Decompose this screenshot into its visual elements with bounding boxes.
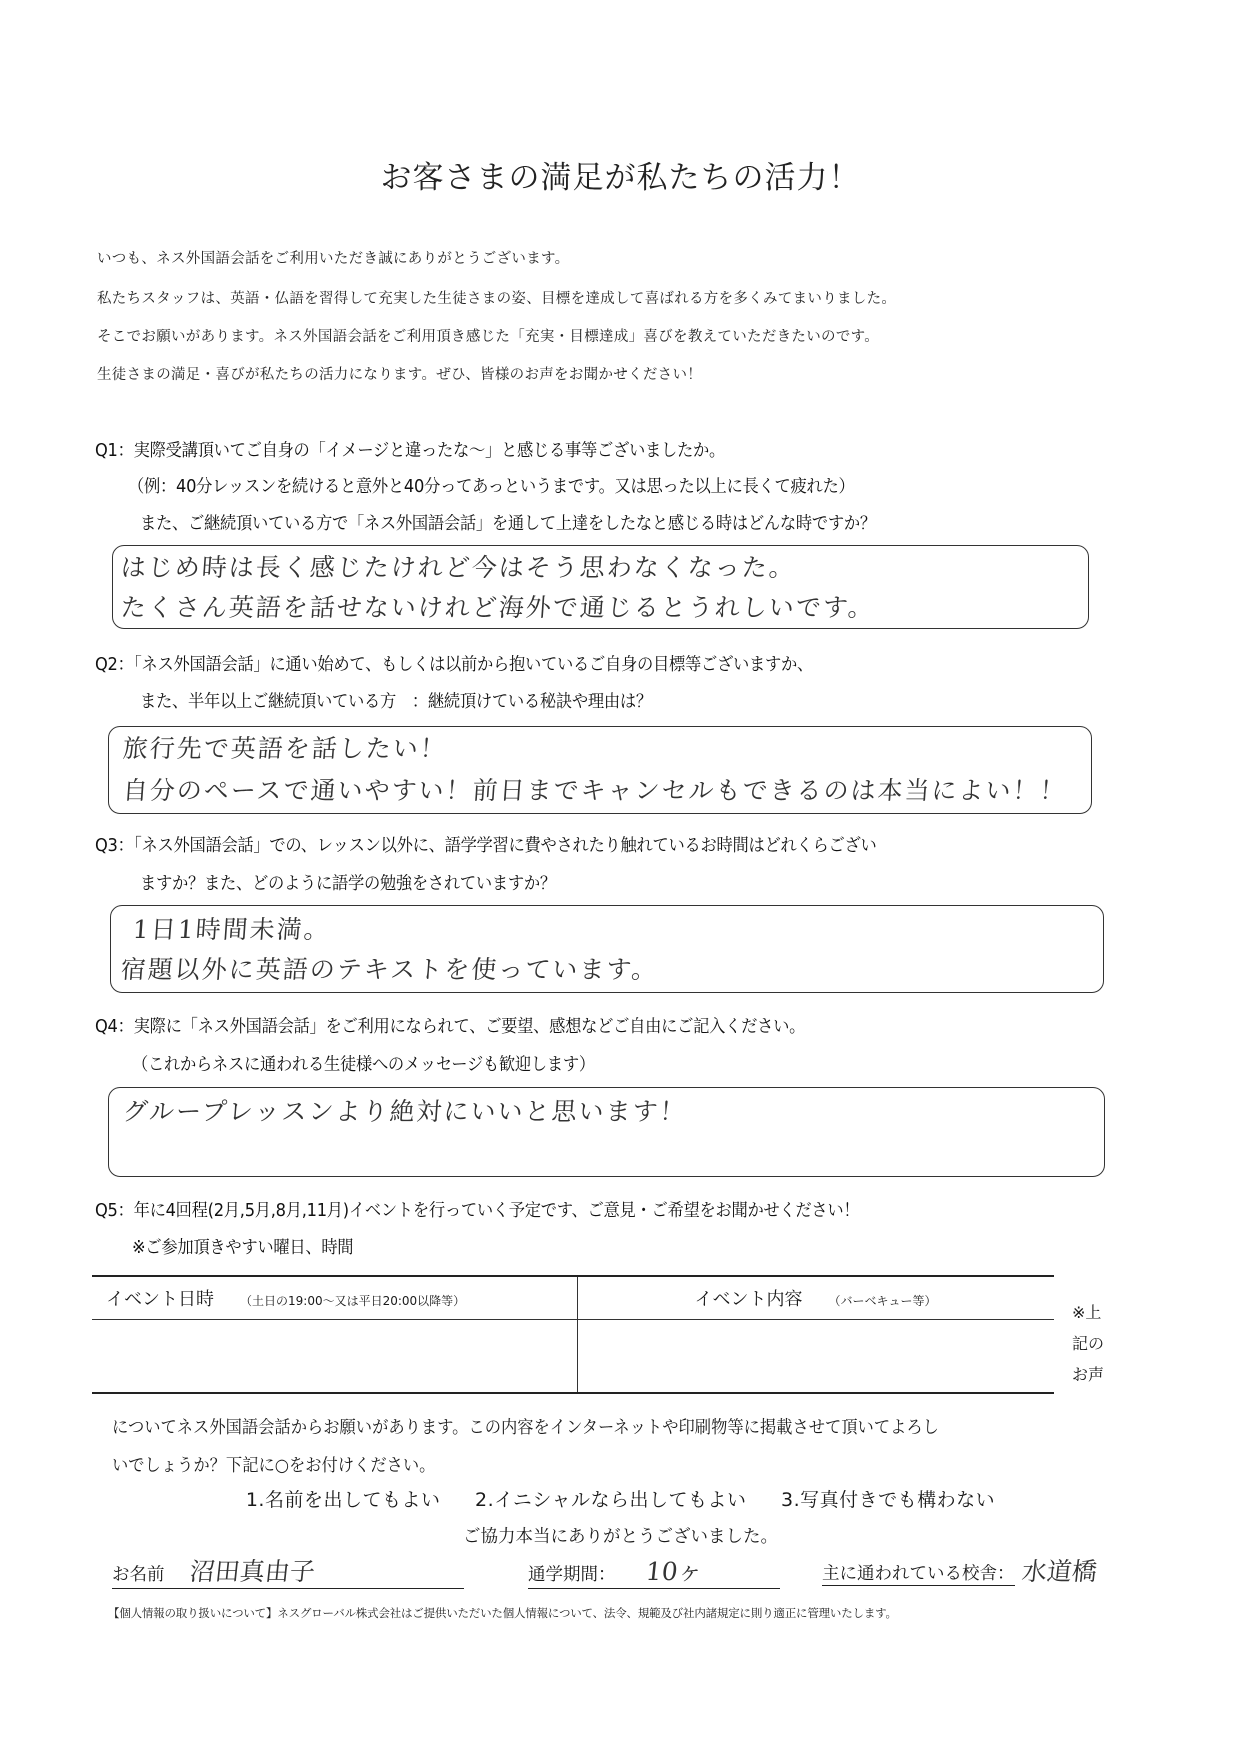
q5-note: ※ご参加頂きやすい曜日、時間 [132,1234,353,1259]
q3-followup: ますか？また、どのように語学の勉強をされていますか？ [140,870,556,895]
event-table-row [92,1320,1054,1394]
request-line-1: についてネス外国語会話からお願いがあります。この内容をインターネットや印刷物等に… [112,1414,939,1439]
school-label: 主に通われている校舎： [822,1560,1015,1586]
q1-answer-line-2: たくさん英語を話せないけれど海外で通じるとうれしいです。 [120,588,877,624]
q2-answer-box[interactable]: 旅行先で英語を話したい！ 自分のペースで通いやすい！前日までキャンセルもできるの… [108,726,1092,814]
q3-answer-box[interactable]: 1日1時間未満。 宿題以外に英語のテキストを使っています。 [110,905,1104,993]
school-field[interactable]: 主に通われている校舎： 水道橋 [822,1556,1127,1588]
event-content-header: イベント内容（バーベキュー等） [578,1276,1055,1320]
q3-answer-line-1: 1日1時間未満。 [132,910,332,946]
event-table: イベント日時（土日の19:00～又は平日20:00以降等） イベント内容（バーベ… [92,1275,1054,1394]
q4-question: Q4：実際に「ネス外国語会話」をご利用になられて、ご要望、感想などご自由にご記入… [95,1013,805,1038]
period-value: 10ヶ [644,1552,705,1588]
school-value: 水道橋 [1020,1552,1099,1588]
option-name-ok[interactable]: 1.名前を出してもよい [246,1489,441,1511]
event-datetime-label: イベント日時 [106,1289,214,1310]
q2-question: Q2：「ネス外国語会話」に通い始めて、もしくは以前から抱いているご自身の目標等ご… [95,651,813,676]
event-content-cell[interactable] [578,1320,1055,1394]
event-content-label: イベント内容 [694,1289,802,1310]
event-datetime-note: （土日の19:00～又は平日20:00以降等） [240,1294,465,1308]
q4-answer-line-1: グループレッスンより絶対にいいと思います！ [122,1092,688,1128]
intro-line-2: 私たちスタッフは、英語・仏語を習得して充実した生徒さまの姿、目標を達成して喜ばれ… [97,287,896,308]
name-value: 沼田真由子 [188,1552,317,1588]
consent-options: 1.名前を出してもよい 2.イニシャルなら出してもよい 3.写真付きでも構わない [0,1485,1241,1512]
side-note: ※上記のお声 [1072,1297,1112,1390]
option-initials-ok[interactable]: 2.イニシャルなら出してもよい [475,1489,747,1511]
event-content-note: （バーベキュー等） [828,1294,936,1308]
period-label: 通学期間： [528,1561,616,1586]
intro-line-1: いつも、ネス外国語会話をご利用いただき誠にありがとうございます。 [97,247,569,268]
q1-example: （例：40分レッスンを続けると意外と40分ってあっというまです。又は思った以上に… [128,473,855,498]
period-field[interactable]: 通学期間： 10ヶ [528,1556,780,1589]
intro-line-4: 生徒さまの満足・喜びが私たちの活力になります。ぜひ、皆様のお声をお聞かせください… [97,363,702,384]
q3-answer-line-2: 宿題以外に英語のテキストを使っています。 [120,950,660,986]
q1-answer-line-1: はじめ時は長く感じたけれど今はそう思わなくなった。 [120,548,798,584]
q4-answer-box[interactable]: グループレッスンより絶対にいいと思います！ [108,1087,1105,1177]
thanks-message: ご協力本当にありがとうございました。 [0,1523,1241,1548]
q4-followup: （これからネスに通われる生徒様へのメッセージも歓迎します） [132,1051,595,1076]
q2-answer-line-1: 旅行先で英語を話したい！ [122,729,449,765]
name-label: お名前 [112,1561,165,1586]
q3-question: Q3：「ネス外国語会話」での、レッスン以外に、語学学習に費やされたり触れているお… [95,832,876,857]
q1-question: Q1：実際受講頂いてご自身の「イメージと違ったな～」と感じる事等ございましたか。 [95,437,725,462]
event-datetime-header: イベント日時（土日の19:00～又は平日20:00以降等） [92,1276,578,1320]
intro-line-3: そこでお願いがあります。ネス外国語会話をご利用頂き感じた「充実・目標達成」喜びを… [97,325,879,346]
name-field[interactable]: お名前 沼田真由子 [112,1556,464,1589]
q1-answer-box[interactable]: はじめ時は長く感じたけれど今はそう思わなくなった。 たくさん英語を話せないけれど… [112,545,1089,629]
option-photo-ok[interactable]: 3.写真付きでも構わない [781,1489,995,1511]
q1-followup: また、ご継続頂いている方で「ネス外国語会話」を通して上達をしたなと感じる時はどん… [140,510,876,535]
event-table-header: イベント日時（土日の19:00～又は平日20:00以降等） イベント内容（バーベ… [92,1276,1054,1320]
event-datetime-cell[interactable] [92,1320,578,1394]
q2-followup: また、半年以上ご継続頂いている方 ：継続頂けている秘訣や理由は？ [140,688,652,713]
page-title: お客さまの満足が私たちの活力！ [0,152,1241,197]
q2-answer-line-2: 自分のペースで通いやすい！前日までキャンセルもできるのは本当によい！！ [122,771,1068,807]
q5-question: Q5：年に4回程(2月,5月,8月,11月)イベントを行っていく予定です、ご意見… [95,1197,859,1222]
privacy-notice: 【個人情報の取り扱いについて】ネスグローバル株式会社はご提供いただいた個人情報に… [108,1605,897,1621]
request-line-2: いでしょうか？下記に○をお付けください。 [112,1452,435,1477]
